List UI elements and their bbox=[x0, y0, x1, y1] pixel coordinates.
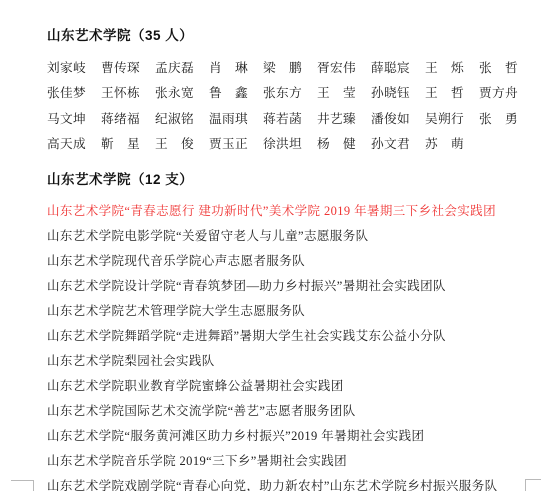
person-name: 高天成 bbox=[47, 132, 87, 157]
person-name: 张 哲 bbox=[479, 56, 519, 81]
person-name: 鲁 鑫 bbox=[209, 81, 249, 106]
person-name: 张永宽 bbox=[155, 81, 195, 106]
team-item: 山东艺术学院舞蹈学院“走进舞蹈”暑期大学生社会实践艾东公益小分队 bbox=[47, 324, 521, 349]
person-name: 徐洪坦 bbox=[263, 132, 303, 157]
person-name: 曹传琛 bbox=[101, 56, 141, 81]
person-name: 王 哲 bbox=[425, 81, 465, 106]
person-name: 杨 健 bbox=[317, 132, 357, 157]
person-name: 张 勇 bbox=[479, 107, 519, 132]
person-name: 梁 鹏 bbox=[263, 56, 303, 81]
person-name: 蒋绪福 bbox=[101, 107, 141, 132]
crop-mark-right-icon bbox=[525, 479, 541, 491]
person-name: 薛聪宸 bbox=[371, 56, 411, 81]
document-page: 山东艺术学院（35 人） 刘家岐 曹传琛 孟庆磊 肖 琳 梁 鹏 胥宏伟 薛聪宸… bbox=[0, 0, 541, 491]
roster-title: 山东艺术学院（35 人） bbox=[47, 24, 521, 44]
person-name: 靳 星 bbox=[101, 132, 141, 157]
roster-row: 高天成 靳 星 王 俊 贾玉正 徐洪坦 杨 健 孙文君 苏 萌 bbox=[47, 131, 521, 156]
person-name: 吴朔行 bbox=[425, 107, 465, 132]
team-item: 山东艺术学院音乐学院 2019“三下乡”暑期社会实践团 bbox=[47, 449, 521, 474]
roster-row: 张佳梦 王怀栋 张永宽 鲁 鑫 张东方 王 莹 孙晓钰 王 哲 贾方舟 bbox=[47, 80, 521, 105]
person-name: 潘俊如 bbox=[371, 107, 411, 132]
team-item: 山东艺术学院职业教育学院蜜蜂公益暑期社会实践团 bbox=[47, 374, 521, 399]
team-item: 山东艺术学院国际艺术交流学院“善艺”志愿者服务团队 bbox=[47, 399, 521, 424]
roster-section: 山东艺术学院（35 人） 刘家岐 曹传琛 孟庆磊 肖 琳 梁 鹏 胥宏伟 薛聪宸… bbox=[47, 24, 521, 157]
person-name: 王 俊 bbox=[155, 132, 195, 157]
person-name: 贾玉正 bbox=[209, 132, 249, 157]
person-name: 孟庆磊 bbox=[155, 56, 195, 81]
person-name: 王怀栋 bbox=[101, 81, 141, 106]
person-name: 胥宏伟 bbox=[317, 56, 357, 81]
team-item: 山东艺术学院梨园社会实践队 bbox=[47, 349, 521, 374]
person-name: 王 烁 bbox=[425, 56, 465, 81]
team-item: 山东艺术学院电影学院“关爱留守老人与儿童”志愿服务队 bbox=[47, 224, 521, 249]
teams-section: 山东艺术学院（12 支） 山东艺术学院“青春志愿行 建功新时代”美术学院 201… bbox=[47, 168, 521, 491]
person-name: 王 莹 bbox=[317, 81, 357, 106]
person-name: 温雨琪 bbox=[209, 107, 249, 132]
person-name: 贾方舟 bbox=[479, 81, 519, 106]
team-item: 山东艺术学院“青春志愿行 建功新时代”美术学院 2019 年暑期三下乡社会实践团 bbox=[47, 199, 521, 224]
person-name: 苏 萌 bbox=[425, 132, 465, 157]
roster-row: 马文坤 蒋绪福 纪淑铭 温雨琪 蒋若菡 井艺臻 潘俊如 吴朔行 张 勇 bbox=[47, 106, 521, 131]
person-name: 纪淑铭 bbox=[155, 107, 195, 132]
team-item: 山东艺术学院戏剧学院“青春心向党，助力新农村”山东艺术学院乡村振兴服务队 bbox=[47, 474, 521, 491]
teams-title: 山东艺术学院（12 支） bbox=[47, 168, 521, 188]
person-name: 马文坤 bbox=[47, 107, 87, 132]
roster-row: 刘家岐 曹传琛 孟庆磊 肖 琳 梁 鹏 胥宏伟 薛聪宸 王 烁 张 哲 bbox=[47, 55, 521, 80]
person-name: 孙晓钰 bbox=[371, 81, 411, 106]
team-item: 山东艺术学院艺术管理学院大学生志愿服务队 bbox=[47, 299, 521, 324]
person-name: 孙文君 bbox=[371, 132, 411, 157]
person-name: 张东方 bbox=[263, 81, 303, 106]
crop-mark-left-icon bbox=[11, 480, 34, 491]
team-item: 山东艺术学院设计学院“青春筑梦团—助力乡村振兴”暑期社会实践团队 bbox=[47, 274, 521, 299]
person-name: 张佳梦 bbox=[47, 81, 87, 106]
team-item: 山东艺术学院现代音乐学院心声志愿者服务队 bbox=[47, 249, 521, 274]
person-name: 肖 琳 bbox=[209, 56, 249, 81]
team-item: 山东艺术学院“服务黄河滩区助力乡村振兴”2019 年暑期社会实践团 bbox=[47, 424, 521, 449]
person-name: 井艺臻 bbox=[317, 107, 357, 132]
person-name: 蒋若菡 bbox=[263, 107, 303, 132]
person-name: 刘家岐 bbox=[47, 56, 87, 81]
